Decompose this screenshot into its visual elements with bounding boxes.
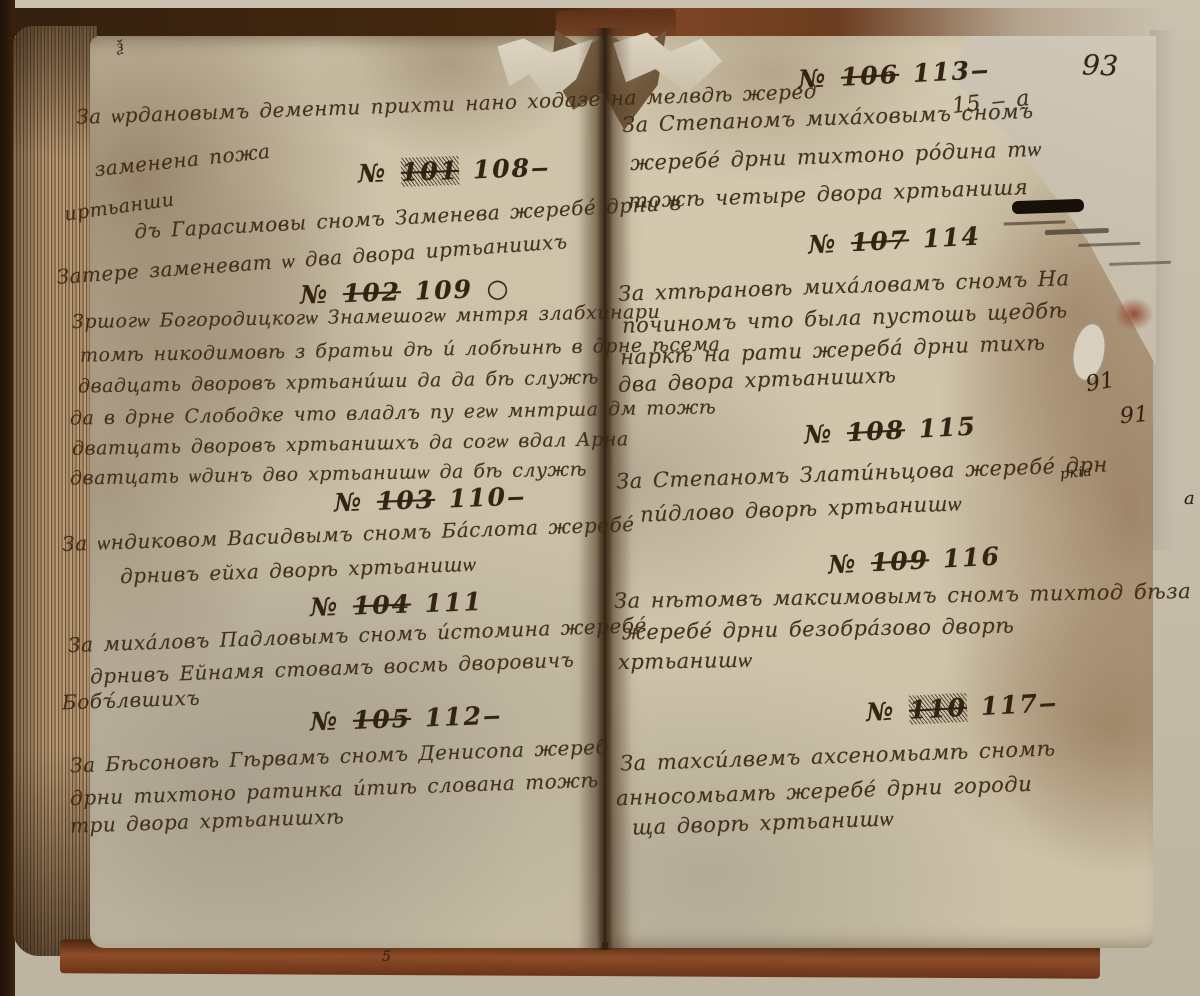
numero-sign: № [803,418,847,449]
edge-margin-note: ркіа [1059,464,1092,481]
left-page-manuscript-line: дрнивъ Ейнамя стовамъ восмь дворовичъ [90,650,575,687]
edge-margin-letter: а [1184,490,1195,508]
numero-sign: № [865,696,909,727]
entry-number-108: № 101 108‒ [358,155,551,187]
entry-number-116: № 109 116 [827,543,1001,577]
right-page-manuscript-line: два двора хртьанишхѣ [618,365,897,396]
numero-sign: № [300,279,344,309]
new-entry-number: 114 [908,221,981,254]
numero-sign: № [358,158,402,188]
new-entry-number: 111 [411,587,484,618]
entry-number-112: № 105 112‒ [310,703,503,735]
new-entry-number: 117‒ [966,688,1059,722]
entry-number-114: № 107 114 [807,223,981,257]
edge-folio-91-lower: 91 [1119,404,1150,428]
old-entry-number-crossed-out: 108 [846,415,906,447]
new-entry-number: 113‒ [898,55,991,89]
left-page-manuscript-line: дрнивъ ейха дворѣ хртьанишѡ [120,554,477,586]
left-page-manuscript-line: За ѡндиковом Васидвымъ сномъ Ба́слота же… [62,514,635,554]
entry-number-115: № 108 115 [803,413,977,447]
right-page-manuscript-line: пи́длово дворѣ хртьанишѡ [640,493,963,525]
old-entry-number-crossed-out: 103 [376,485,435,516]
new-entry-number: 109 ○ [401,273,511,306]
right-page-manuscript-line: жеребе́ дрни безобра́зово дворѣ [622,616,1015,644]
old-entry-number-crossed-out: 101 [400,156,459,187]
left-page-manuscript-line: три двора хртьанишхѣ [70,806,345,836]
left-page-manuscript-line: заменена пожа [93,141,271,179]
new-entry-number: 108‒ [459,153,551,185]
entry-number-113: № 106 113‒ [797,57,990,92]
entry-number-117: № 110 117‒ [865,690,1058,725]
left-page-manuscript-line: Бобъ́лвшихъ [62,688,201,713]
left-page-manuscript-line: дрни тихтоно ратинка и́тиѣ слована тожѣ [70,770,599,808]
old-entry-number-crossed-out: 110 [908,693,968,725]
right-page-manuscript-line: жеребе́ дрни тихтоно ро́дина тѡ [630,139,1042,174]
old-entry-number-crossed-out: 102 [342,277,401,308]
left-page-manuscript-line: двадцать дворовъ хртьани́ши да да бѣ слу… [78,368,599,396]
numero-sign: № [334,487,378,517]
old-entry-number-crossed-out: 109 [870,545,930,577]
old-entry-number-crossed-out: 104 [352,589,411,620]
left-page-manuscript-line: дватцать дворовъ хртьанишхъ да согѡ вдал… [72,430,629,459]
numero-sign: № [797,63,841,94]
numero-sign: № [310,592,354,622]
right-page-manuscript-line: За хтѣрановѣ миха́ловамъ сномъ На [618,268,1070,305]
folio-number-93: 93 [1082,51,1120,80]
bottom-margin-numeral: 5 [382,950,391,964]
entry-number-109: № 102 109 ○ [300,275,511,307]
numero-sign: № [807,228,851,259]
right-page-manuscript-line: За нѣтомвъ максимовымъ сномъ тихтод бѣза [614,581,1191,612]
right-page-manuscript-line: За тахси́лвемъ ахсеномьамѣ сномѣ [620,738,1056,774]
entry-number-110: № 103 110‒ [334,484,527,516]
numero-sign: № [310,706,354,736]
right-page-manuscript-line: ща дворѣ хртьанишѡ [632,808,894,838]
new-entry-number: 110‒ [435,482,527,514]
edge-folio-91-upper: 91 [1084,370,1116,397]
top-margin-squiggle: ѯ [114,37,124,54]
new-entry-number: 112‒ [411,701,503,733]
handwriting-layer: За ѡрдановымъ дементи прихти нано ходазе… [0,0,1200,996]
numero-sign: № [827,548,871,579]
old-entry-number-crossed-out: 106 [840,60,900,92]
right-page-manuscript-line: хртьанишѡ [618,650,753,673]
entry-number-111: № 104 111 [310,589,484,620]
left-page-manuscript-line: да в дрне Слободке что владлъ пу егѡ мнт… [70,398,716,428]
right-page-manuscript-line: За Степаномъ Злати́ньцова жеребе́ дрн [616,454,1108,492]
manuscript-photo: За ѡрдановымъ дементи прихти нано ходазе… [0,0,1200,996]
right-page-manuscript-line: анносомьамѣ жеребе́ дрни городи [616,774,1033,810]
right-page-manuscript-line: тожѣ четыре двора хртьанишя [628,177,1029,212]
new-entry-number: 116 [928,541,1001,574]
left-page-manuscript-line: Зршогѡ Богородицкогѡ Знамешогѡ мнтря зла… [72,303,661,332]
new-entry-number: 115 [904,411,977,444]
old-entry-number-crossed-out: 107 [850,225,910,257]
left-page-manuscript-line: дъ Гарасимовы сномъ Заменева жеребе́ дрн… [134,193,682,242]
old-entry-number-crossed-out: 105 [352,704,411,735]
